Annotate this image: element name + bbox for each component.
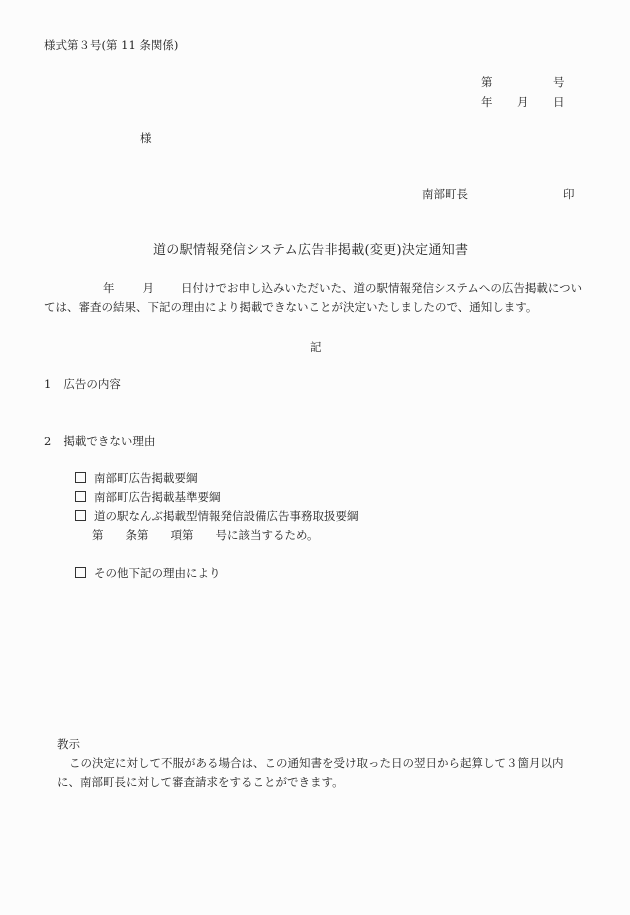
checkbox-icon[interactable] [75,567,86,578]
article-dai: 第 [92,528,104,542]
body-line-1: 年月日付けでお申し込みいただいた、道の駅情報発信システムへの広告掲載につい [103,281,582,295]
reason-label: 道の駅なんぶ掲載型情報発信設備広告事務取扱要綱 [94,509,359,523]
body-year: 年 [103,281,115,295]
issuer-seal: 印 [563,187,575,201]
issuer-name: 南部町長 [422,187,468,201]
article-ko-dai: 項第 [171,528,194,542]
other-reason-item[interactable]: その他下記の理由により [75,566,221,580]
addressee-honorific: 様 [140,131,152,145]
section-2-number: 2 [44,434,51,448]
doc-number-suffix: 号 [553,75,565,89]
body-line-1-rest: 日付けでお申し込みいただいた、道の駅情報発信システムへの広告掲載につい [181,281,582,295]
checkbox-icon[interactable] [75,510,86,521]
date-day: 日 [553,95,565,109]
reason-item[interactable]: 南部町広告掲載要綱 [75,471,198,485]
instruction-line-1: この決定に対して不服がある場合は、この通知書を受け取った日の翌日から起算して３箇… [69,756,564,770]
article-line: 第条第項第号に該当するため。 [92,528,319,542]
form-number: 様式第３号(第 11 条関係) [44,38,178,52]
checkbox-icon[interactable] [75,491,86,502]
section-2: 2掲載できない理由 [44,434,155,448]
reason-item[interactable]: 南部町広告掲載基準要綱 [75,490,221,504]
section-1-number: 1 [44,377,51,391]
instruction-line-2: に、南部町長に対して審査請求をすることができます。 [57,775,344,789]
body-line-2: ては、審査の結果、下記の理由により掲載できないことが決定いたしましたので、通知し… [44,300,537,314]
instruction-heading: 教示 [57,737,80,751]
article-go-rest: 号に該当するため。 [216,528,319,542]
reason-label: 南部町広告掲載基準要綱 [94,490,221,504]
document-title: 道の駅情報発信システム広告非掲載(変更)決定通知書 [153,244,468,258]
reason-item[interactable]: 道の駅なんぶ掲載型情報発信設備広告事務取扱要綱 [75,509,359,523]
section-1-label: 広告の内容 [63,377,121,391]
reason-label: 南部町広告掲載要綱 [94,471,198,485]
doc-number-prefix: 第 [481,75,493,89]
section-1: 1広告の内容 [44,377,121,391]
checkbox-icon[interactable] [75,472,86,483]
ki-heading: 記 [310,340,322,354]
other-reason-label: その他下記の理由により [94,566,221,580]
article-jo-dai: 条第 [126,528,149,542]
section-2-label: 掲載できない理由 [63,434,155,448]
body-month: 月 [143,281,155,295]
date-month: 月 [517,95,529,109]
date-year: 年 [481,95,493,109]
